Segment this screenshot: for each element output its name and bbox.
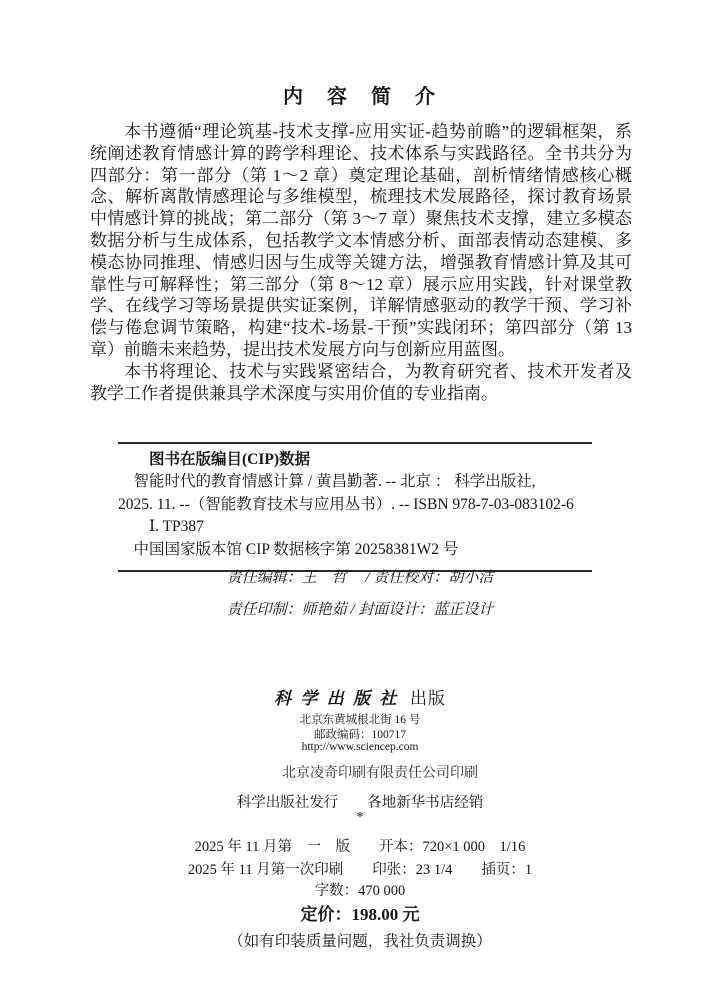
intro-paragraph-1: 本书遵循“理论筑基-技术支撑-应用实证-趋势前瞻”的逻辑框架，系统阐述教育情感计… [90, 121, 632, 361]
credit-editor-proofreader: 责任编辑：王 哲 / 责任校对：胡小洁 [0, 566, 720, 587]
publisher-address: 北京东黄城根北街 16 号 [0, 711, 720, 727]
cip-series-line: 2025. 11. --（智能教育技术与应用丛书）. -- ISBN 978-7… [118, 494, 592, 516]
printer-line: 北京凌奇印刷有限责任公司印刷 [20, 762, 720, 782]
credit-printing-coverdesign: 责任印制：师艳茹 / 封面设计：蓝正设计 [0, 598, 720, 619]
cip-title-line: 智能时代的教育情感计算 / 黄昌勤著. -- 北京 ： 科学出版社, [118, 471, 592, 493]
publisher-logo: 科学出版社 [274, 689, 406, 708]
cip-classification-line: Ⅰ. TP387 [118, 516, 592, 538]
staff-credits: 责任编辑：王 哲 / 责任校对：胡小洁 责任印制：师艳茹 / 封面设计：蓝正设计 [0, 566, 720, 630]
cip-registry-line: 中国国家版本馆 CIP 数据核字第 20258381W2 号 [118, 539, 592, 561]
colophon-page: 内 容 简 介 本书遵循“理论筑基-技术支撑-应用实证-趋势前瞻”的逻辑框架，系… [0, 0, 720, 1000]
quality-notice-line: （如有印装质量问题，我社负责调换） [0, 929, 720, 951]
publisher-logo-line: 科学出版社 出版 [0, 684, 720, 709]
publisher-website: http://www.sciencep.com [0, 741, 720, 753]
word-count-line: 字数：470 000 [0, 879, 720, 900]
publisher-logo-suffix: 出版 [410, 689, 446, 708]
intro-section: 本书遵循“理论筑基-技术支撑-应用实证-趋势前瞻”的逻辑框架，系统阐述教育情感计… [90, 121, 632, 404]
price-line: 定价：198.00 元 [0, 900, 720, 925]
distribution-line: 科学出版社发行 各地新华书店经销 [0, 791, 720, 812]
edition-format-line: 2025 年 11 月第 一 版 开本：720×1 000 1/16 [0, 835, 720, 856]
impression-sheets-line: 2025 年 11 月第一次印刷 印张：23 1/4 插页：1 [0, 858, 720, 879]
page-title: 内 容 简 介 [0, 80, 720, 109]
publisher-postcode: 邮政编码：100717 [0, 726, 720, 742]
cip-heading: 图书在版编目(CIP)数据 [118, 449, 592, 471]
separator-asterisk: * [0, 810, 720, 826]
intro-paragraph-2: 本书将理论、技术与实践紧密结合，为教育研究者、技术开发者及教学工作者提供兼具学术… [90, 361, 632, 405]
cip-block: 图书在版编目(CIP)数据 智能时代的教育情感计算 / 黄昌勤著. -- 北京 … [118, 442, 592, 572]
